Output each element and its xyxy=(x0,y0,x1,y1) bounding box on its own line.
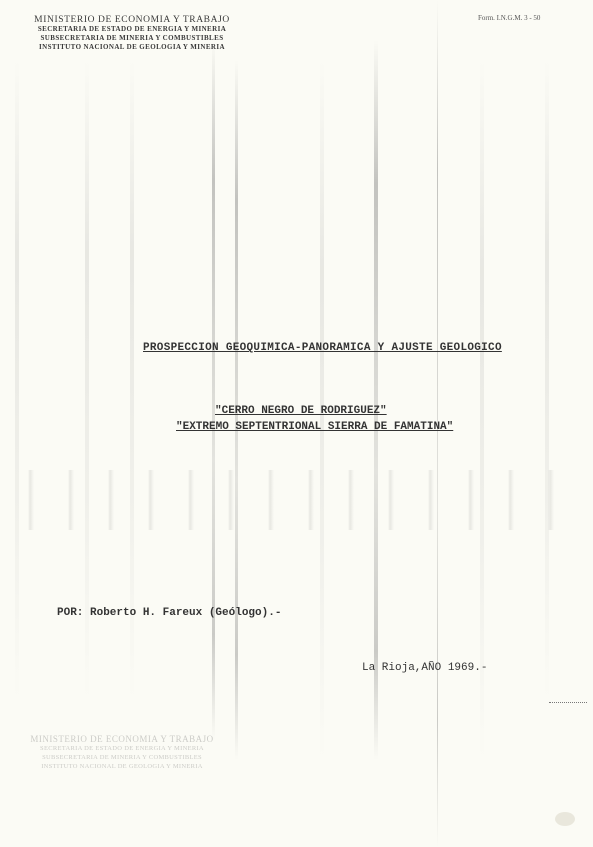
scan-streak xyxy=(480,60,484,760)
document-page: MINISTERIO DE ECONOMIA Y TRABAJO SECRETA… xyxy=(0,0,593,847)
letterhead: MINISTERIO DE ECONOMIA Y TRABAJO SECRETA… xyxy=(22,16,242,52)
bleed-line: SECRETARIA DE ESTADO DE ENERGIA Y MINERI… xyxy=(22,744,222,753)
bleed-through-letterhead: MINISTERIO DE ECONOMIA Y TRABAJO SECRETA… xyxy=(22,735,222,771)
dotted-mark xyxy=(549,702,587,703)
letterhead-subsecretariat: SUBSECRETARIA DE MINERIA Y COMBUSTIBLES xyxy=(22,34,242,43)
scan-streak xyxy=(130,60,134,700)
document-subtitle-region: "EXTREMO SEPTENTRIONAL SIERRA DE FAMATIN… xyxy=(176,421,453,433)
author-line: POR: Roberto H. Fareux (Geólogo).- xyxy=(57,607,281,619)
letterhead-secretariat: SECRETARIA DE ESTADO DE ENERGIA Y MINERI… xyxy=(22,25,242,34)
scan-streak xyxy=(15,60,19,700)
scan-streak xyxy=(212,40,215,740)
document-subtitle-location: "CERRO NEGRO DE RODRIGUEZ" xyxy=(215,405,387,417)
scan-streak xyxy=(85,60,89,700)
document-title: PROSPECCION GEOQUIMICA-PANORAMICA Y AJUS… xyxy=(143,342,502,354)
letterhead-institute: INSTITUTO NACIONAL DE GEOLOGIA Y MINERIA xyxy=(22,43,242,52)
paper-stain xyxy=(555,812,575,826)
place-date: La Rioja,AÑO 1969.- xyxy=(362,662,487,674)
scan-streak xyxy=(374,40,378,760)
bleed-line: SUBSECRETARIA DE MINERIA Y COMBUSTIBLES xyxy=(22,753,222,762)
bleed-line: INSTITUTO NACIONAL DE GEOLOGIA Y MINERIA xyxy=(22,762,222,771)
scan-streak xyxy=(545,60,549,700)
bleed-line: MINISTERIO DE ECONOMIA Y TRABAJO xyxy=(22,735,222,744)
scan-noise-band xyxy=(10,470,583,530)
form-code: Form. I.N.G.M. 3 - 50 xyxy=(478,14,540,22)
letterhead-ministry: MINISTERIO DE ECONOMIA Y TRABAJO xyxy=(22,16,242,25)
